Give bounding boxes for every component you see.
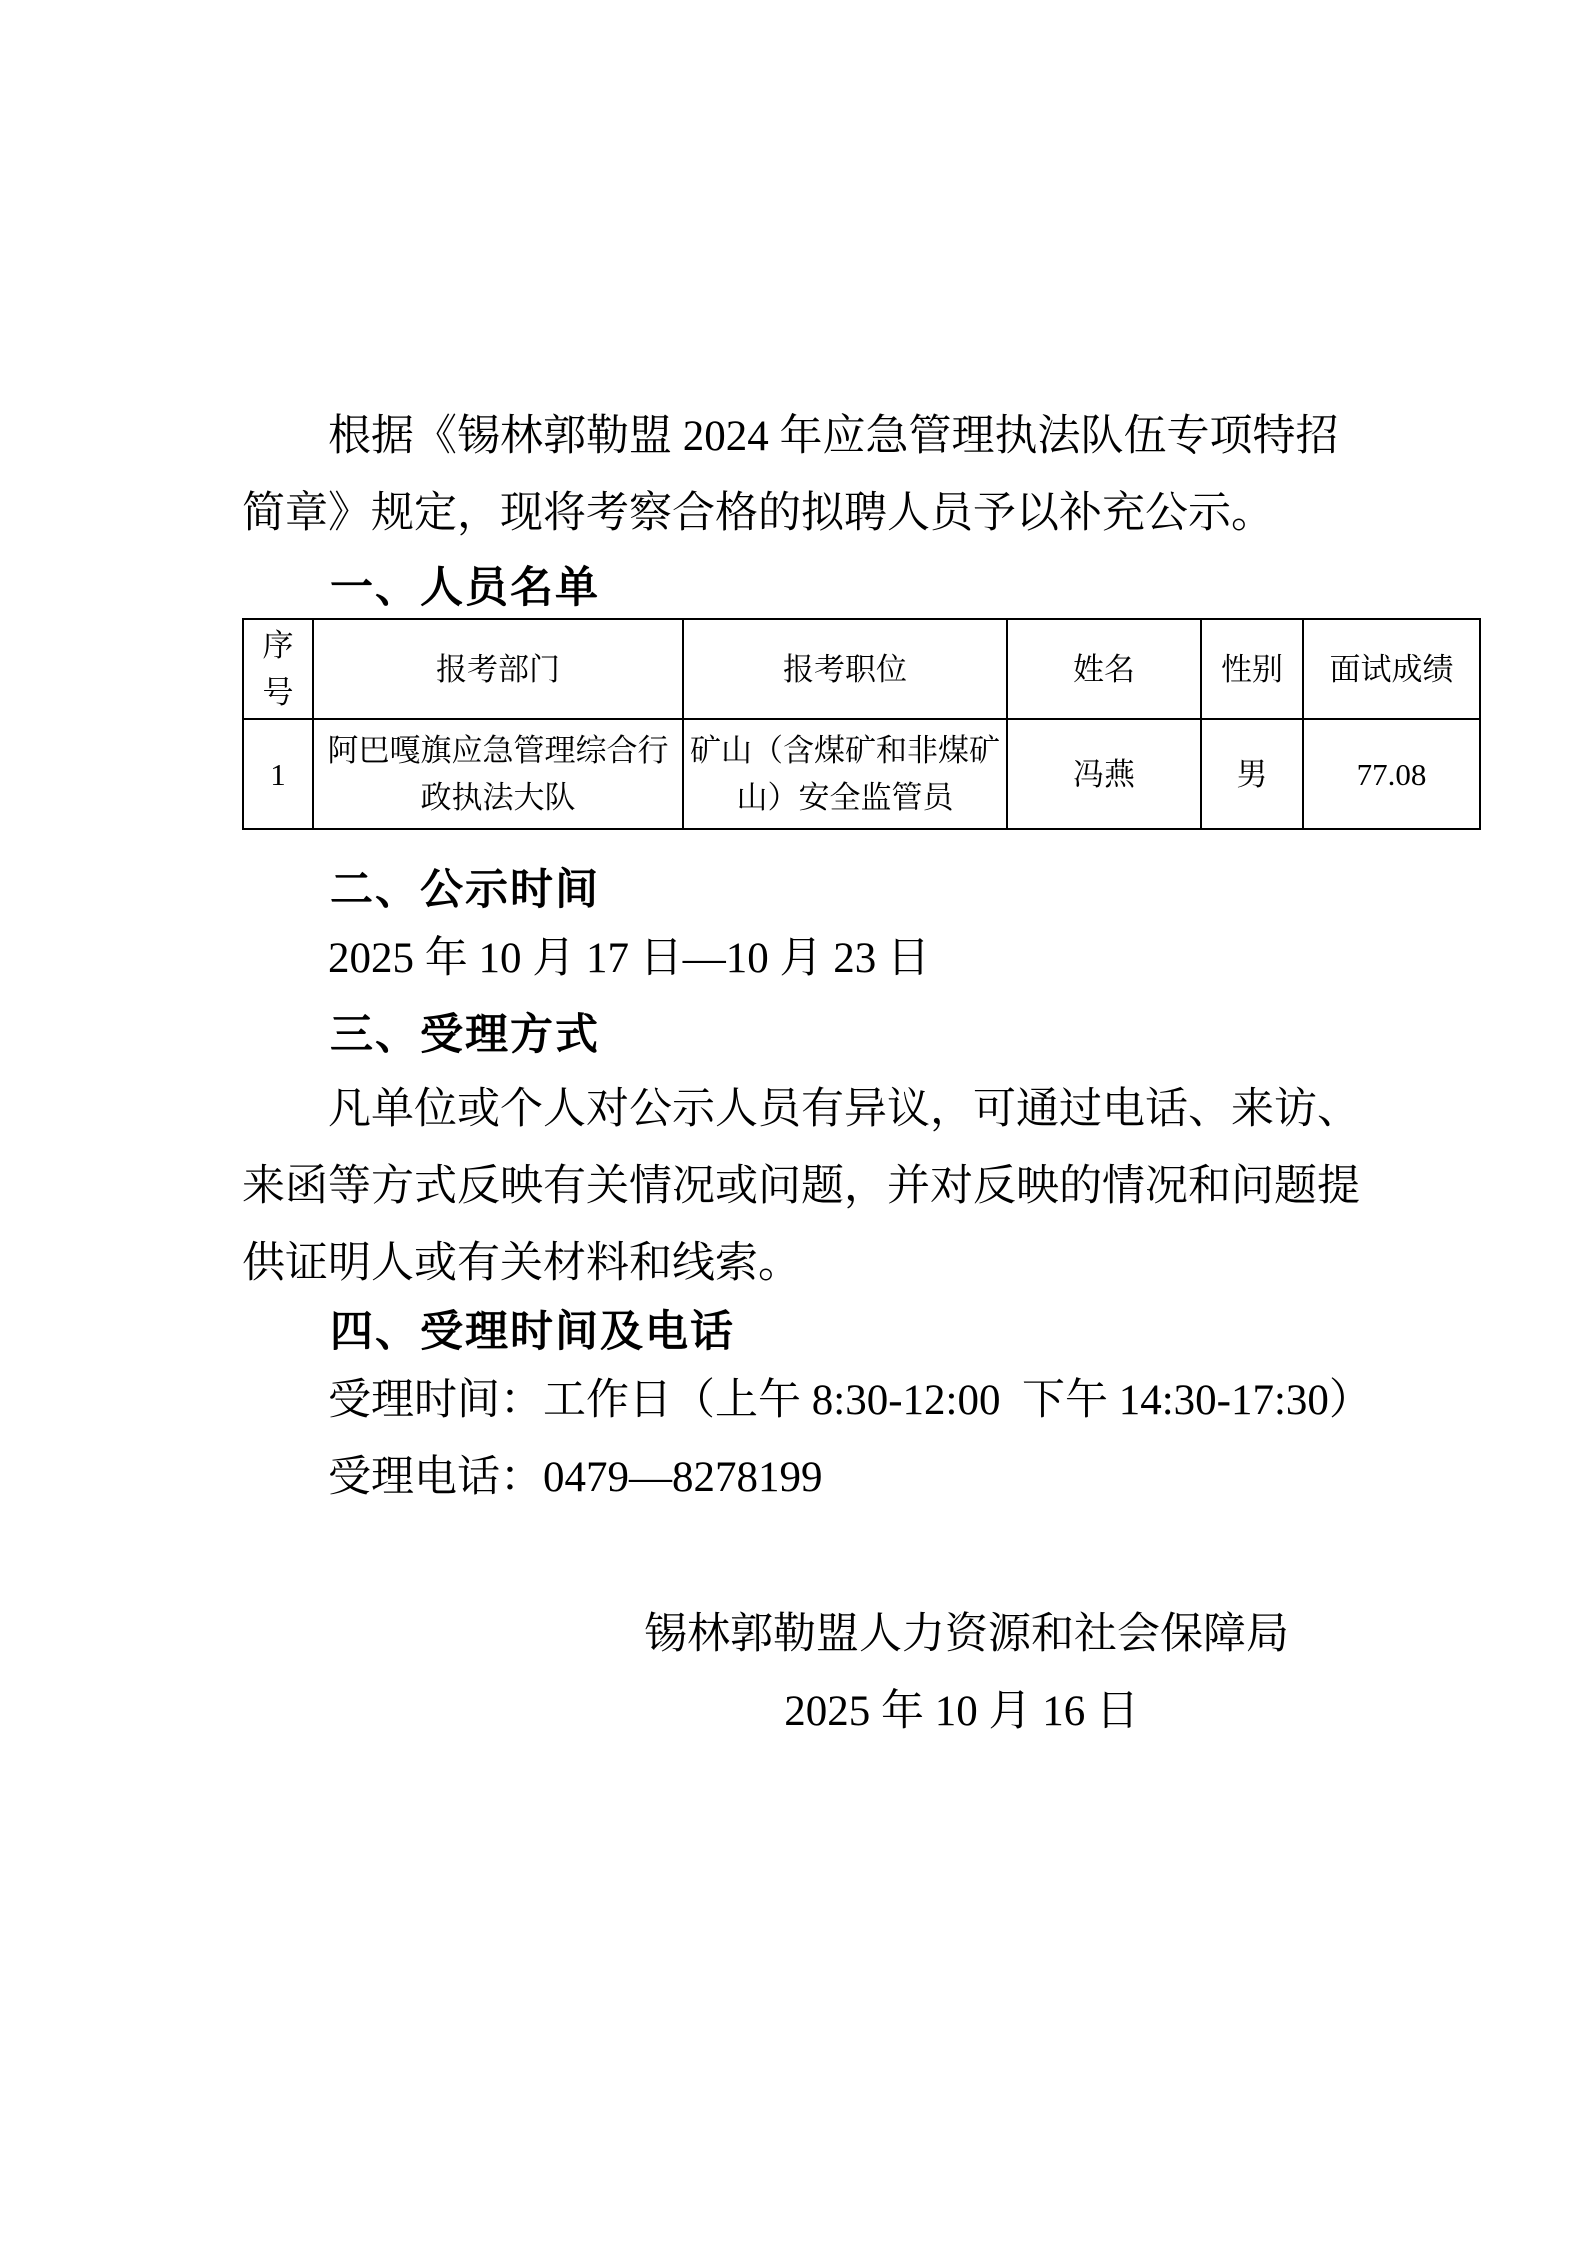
- intro-line-1: 根据《锡林郭勒盟 2024 年应急管理执法队伍专项特招: [242, 398, 1419, 475]
- section1-heading: 一、人员名单: [242, 558, 1419, 618]
- objection-line-1: 凡单位或个人对公示人员有异议，可通过电话、来访、: [242, 1071, 1419, 1148]
- cell-score: 77.08: [1303, 719, 1480, 829]
- intro-paragraph: 根据《锡林郭勒盟 2024 年应急管理执法队伍专项特招 简章》规定，现将考察合格…: [242, 398, 1419, 552]
- section2-heading: 二、公示时间: [242, 860, 1419, 920]
- objection-line-3: 供证明人或有关材料和线索。: [242, 1225, 1419, 1302]
- cell-department: 阿巴嘎旗应急管理综合行政执法大队: [313, 719, 683, 829]
- document-page: 根据《锡林郭勒盟 2024 年应急管理执法队伍专项特招 简章》规定，现将考察合格…: [0, 0, 1587, 1750]
- intro-line-2: 简章》规定，现将考察合格的拟聘人员予以补充公示。: [242, 475, 1419, 552]
- personnel-table: 序号 报考部门 报考职位 姓名 性别 面试成绩 1 阿巴嘎旗应急管理综合行政执法…: [242, 618, 1481, 830]
- col-header-name: 姓名: [1007, 619, 1201, 719]
- section4-heading: 四、受理时间及电话: [242, 1302, 1419, 1362]
- objection-paragraph: 凡单位或个人对公示人员有异议，可通过电话、来访、 来函等方式反映有关情况或问题，…: [242, 1071, 1419, 1302]
- cell-gender: 男: [1201, 719, 1303, 829]
- publicity-period: 2025 年 10 月 17 日—10 月 23 日: [242, 920, 1419, 997]
- cell-name: 冯燕: [1007, 719, 1201, 829]
- cell-no: 1: [243, 719, 313, 829]
- section3-heading: 三、受理方式: [242, 1005, 1419, 1065]
- cell-position: 矿山（含煤矿和非煤矿山）安全监管员: [683, 719, 1007, 829]
- col-header-department: 报考部门: [313, 619, 683, 719]
- acceptance-time: 受理时间：工作日（上午 8:30-12:00 下午 14:30-17:30）: [242, 1362, 1419, 1439]
- issuer-org: 锡林郭勒盟人力资源和社会保障局: [242, 1596, 1419, 1673]
- col-header-no: 序号: [243, 619, 313, 719]
- col-header-position: 报考职位: [683, 619, 1007, 719]
- table-row: 1 阿巴嘎旗应急管理综合行政执法大队 矿山（含煤矿和非煤矿山）安全监管员 冯燕 …: [243, 719, 1480, 829]
- acceptance-phone: 受理电话：0479—8278199: [242, 1439, 1419, 1516]
- table-header-row: 序号 报考部门 报考职位 姓名 性别 面试成绩: [243, 619, 1480, 719]
- col-header-gender: 性别: [1201, 619, 1303, 719]
- issue-date: 2025 年 10 月 16 日: [242, 1673, 1419, 1750]
- objection-line-2: 来函等方式反映有关情况或问题，并对反映的情况和问题提: [242, 1148, 1419, 1225]
- col-header-score: 面试成绩: [1303, 619, 1480, 719]
